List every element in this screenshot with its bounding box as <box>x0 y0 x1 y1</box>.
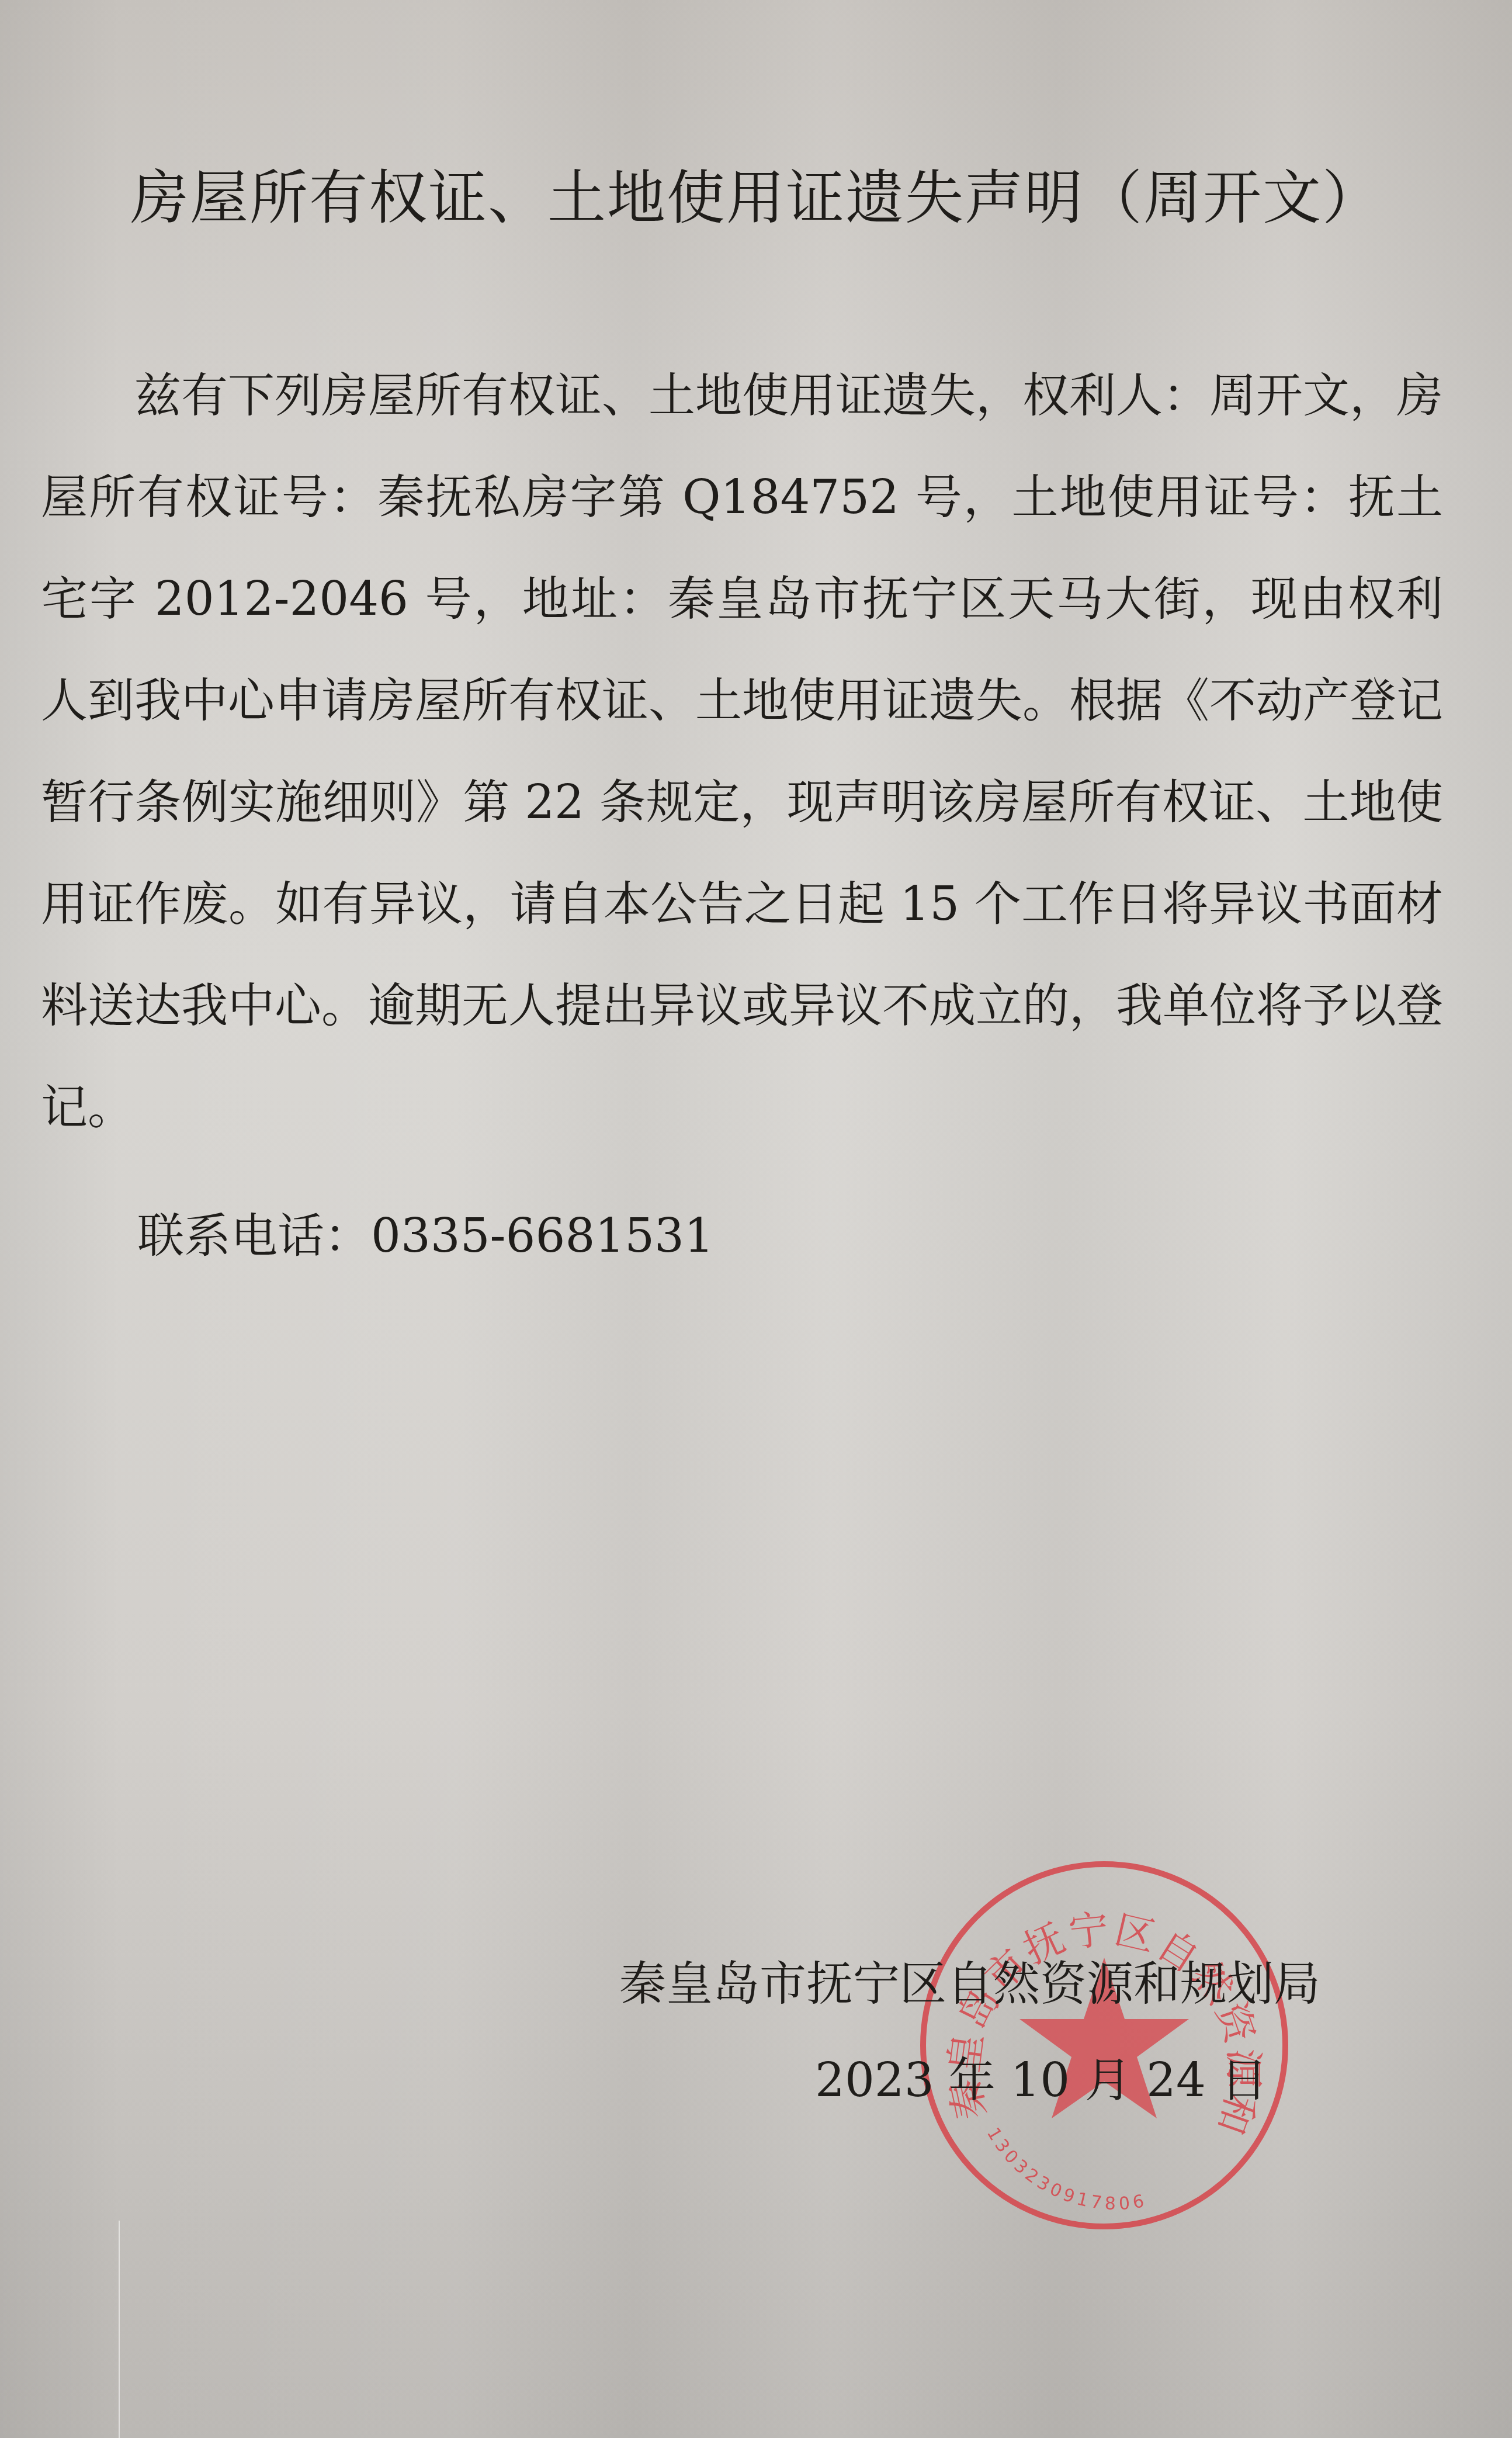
paper-crease <box>119 2221 120 2438</box>
document-body: 兹有下列房屋所有权证、土地使用证遗失，权利人：周开文，房屋所有权证号：秦抚私房字… <box>41 345 1443 1158</box>
body-paragraph: 兹有下列房屋所有权证、土地使用证遗失，权利人：周开文，房屋所有权证号：秦抚私房字… <box>41 345 1443 1158</box>
document-title: 房屋所有权证、土地使用证遗失声明（周开文） <box>0 151 1512 235</box>
issue-date: 2023 年 10 月 24 日 <box>815 2042 1267 2110</box>
contact-phone: 联系电话：0335-6681531 <box>137 1198 714 1265</box>
issuer-name: 秦皇岛市抚宁区自然资源和规划局 <box>619 1946 1320 2013</box>
